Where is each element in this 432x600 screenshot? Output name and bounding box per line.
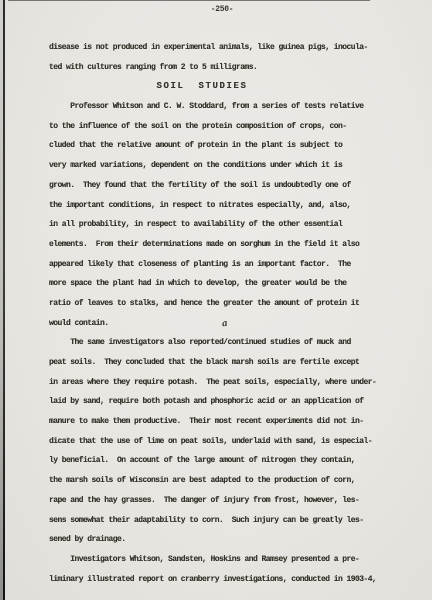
- text-line: dicate that the use of lime on peat soil…: [49, 432, 399, 452]
- text-line: the important conditions, in respect to …: [49, 196, 399, 216]
- text-line: sened by drainage.: [49, 530, 399, 550]
- section-heading: SOIL STUDIES: [27, 77, 377, 97]
- text-line: disease is not produced in experimental …: [49, 38, 399, 58]
- text-line: in areas where they require potash. The …: [49, 373, 399, 393]
- text-line: ratio of leaves to stalks, and hence the…: [49, 294, 399, 314]
- text-line: rape and the hay grasses. The danger of …: [49, 491, 399, 511]
- text-line: The same investigators also reported/con…: [49, 333, 399, 353]
- scan-edge-line: [3, 0, 5, 600]
- text-line: Professor Whitson and C. W. Stoddard, fr…: [49, 97, 399, 117]
- text-line: elements. From their determinations made…: [49, 235, 399, 255]
- text-line: grown. They found that the fertility of …: [49, 176, 399, 196]
- text-line: appeared likely that closeness of planti…: [49, 255, 399, 275]
- scanned-page: -250- disease is not produced in experim…: [0, 0, 432, 600]
- text-line: sens somewhat their adaptability to corn…: [49, 511, 399, 531]
- text-line: very marked variations, dependent on the…: [49, 156, 399, 176]
- text-line: Investigators Whitson, Sandsten, Hoskins…: [49, 550, 399, 570]
- text-line: manure to make them productive. Their mo…: [49, 412, 399, 432]
- text-line: ly beneficial. On account of the large a…: [49, 451, 399, 471]
- document-body: disease is not produced in experimental …: [49, 38, 399, 589]
- handwritten-insert-mark: a: [221, 319, 228, 330]
- text-line: liminary illustrated report on cranberry…: [49, 570, 399, 590]
- text-line: in all probability, in respect to availa…: [49, 215, 399, 235]
- page-number: -250-: [49, 5, 395, 14]
- text-line: more space the plant had in which to dev…: [49, 274, 399, 294]
- scan-top-edge-line: [8, 0, 370, 1]
- text-line: ted with cultures ranging from 2 to 5 mi…: [49, 58, 399, 78]
- text-line: the marsh soils of Wisconsin are best ad…: [49, 471, 399, 491]
- text-line: laid by sand, require both potash and ph…: [49, 392, 399, 412]
- text-line: cluded that the relative amount of prote…: [49, 136, 399, 156]
- text-line: peat soils. They concluded that the blac…: [49, 353, 399, 373]
- text-line: to the influence of the soil on the prot…: [49, 117, 399, 137]
